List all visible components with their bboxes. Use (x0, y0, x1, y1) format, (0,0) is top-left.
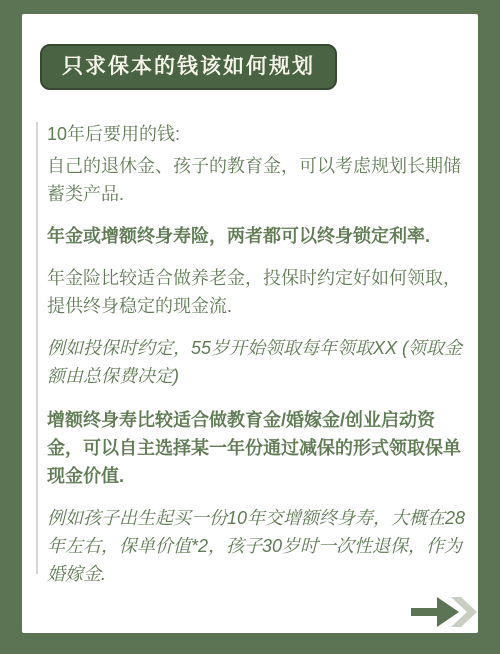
paragraph-whole-life-example: 例如孩子出生起买一份10年交增额终身寿，大概在28年左右，保单价值*2，孩子30… (47, 504, 466, 588)
page-background: 只求保本的钱该如何规划 10年后要用的钱: 自己的退休金、孩子的教育金，可以考虑… (0, 0, 500, 654)
content-card: 只求保本的钱该如何规划 10年后要用的钱: 自己的退休金、孩子的教育金，可以考虑… (22, 14, 478, 633)
arrow-head (437, 597, 459, 627)
paragraph-annuity-example: 例如投保时约定，55岁开始领取每年领取XX (领取金额由总保费决定) (47, 334, 466, 390)
page-title: 只求保本的钱该如何规划 (62, 55, 315, 78)
paragraph-savings: 自己的退休金、孩子的教育金，可以考虑规划长期储蓄类产品. (47, 152, 466, 208)
left-accent-line (36, 122, 38, 574)
paragraph-whole-life: 增额终身寿比较适合做教育金/婚嫁金/创业启动资金，可以自主选择某一年份通过减保的… (47, 406, 466, 490)
arrow-svg (409, 593, 477, 631)
next-arrow-icon[interactable] (409, 593, 477, 631)
title-banner: 只求保本的钱该如何规划 (40, 44, 337, 90)
arrow-shaft (411, 608, 439, 616)
paragraph-lock-rate: 年金或增额终身寿险，两者都可以终身锁定利率. (47, 222, 466, 250)
paragraph-annuity: 年金险比较适合做养老金，投保时约定好如何领取，提供终身稳定的现金流. (47, 264, 466, 320)
section-heading: 10年后要用的钱: (47, 120, 466, 148)
content-area: 10年后要用的钱: 自己的退休金、孩子的教育金，可以考虑规划长期储蓄类产品. 年… (47, 120, 466, 588)
